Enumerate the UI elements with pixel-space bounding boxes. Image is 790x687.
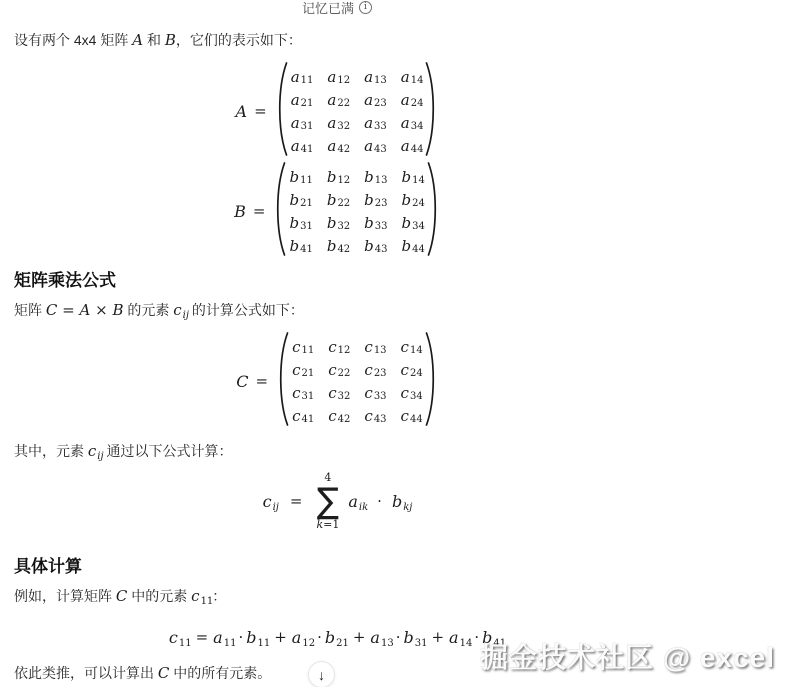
math-var: c21	[292, 358, 313, 381]
math-var: a42	[327, 134, 349, 157]
equals-sign: =	[290, 492, 303, 510]
memory-status-label: 记忆已满	[302, 0, 354, 17]
math-var: c12	[328, 335, 349, 358]
scroll-to-bottom-button[interactable]: ↓	[308, 661, 335, 687]
matrix-c-symbol: C	[236, 372, 248, 391]
math-var: c11	[169, 628, 191, 647]
term-a-sub: ik	[359, 502, 368, 513]
sum-lhs: c ij	[263, 492, 278, 511]
math-var: b21	[325, 628, 348, 647]
math-var: cij	[173, 300, 188, 323]
math-var: c13	[364, 335, 385, 358]
matrix-c-entries: c11c12c13c14c21c22c23c24c31c32c33c34c41c…	[292, 335, 422, 427]
matrix-a-symbol: A	[236, 102, 248, 121]
math-var: c23	[364, 358, 385, 381]
example-paragraph: 例如，计算矩阵 C 中的元素 c11：	[14, 586, 660, 609]
summation-equation: c ij = 4 ∑ k=1 a ik · b kj	[14, 466, 660, 536]
matrix-paren-right-icon	[425, 61, 438, 162]
math-var: b11	[289, 165, 311, 188]
term-a-var: a	[348, 492, 358, 511]
matrix-b-entries: b11b12b13b14b21b22b23b24b31b32b33b34b41b…	[289, 165, 423, 257]
arrow-down-icon: ↓	[318, 668, 325, 682]
math-var: c43	[364, 404, 385, 427]
math-var: c41	[292, 404, 313, 427]
math-var: b42	[327, 234, 349, 257]
math-var: b13	[364, 165, 386, 188]
math-var: c14	[401, 335, 422, 358]
math-var: c32	[328, 381, 349, 404]
sum-term-a: a ik	[348, 492, 367, 511]
intro-paragraph: 设有两个 4x4 矩阵 A 和 B，它们的表示如下：	[14, 30, 660, 50]
info-icon[interactable]: i	[359, 1, 372, 14]
term-b-sub: kj	[403, 502, 412, 513]
matrix-paren-left-icon	[276, 331, 289, 432]
math-var: a34	[401, 111, 423, 134]
math-operator: ·	[396, 628, 401, 646]
math-var: a11	[291, 65, 313, 88]
matrix-b-lhs: B =	[234, 202, 265, 221]
math-var: a13	[370, 628, 392, 647]
math-var: c42	[328, 404, 349, 427]
watermark: 掘金技术社区 @ excel	[480, 636, 775, 676]
matrix-paren-left-icon	[275, 61, 288, 162]
math-var: b44	[402, 234, 424, 257]
formula-intro-paragraph: 矩阵 C = A × B 的元素 cij 的计算公式如下：	[14, 300, 660, 323]
math-operator: ·	[474, 628, 479, 646]
math-var: b32	[327, 211, 349, 234]
math-var: b24	[402, 188, 424, 211]
math-operator: ·	[317, 628, 322, 646]
math-var: a12	[327, 65, 349, 88]
equals-sign: =	[254, 102, 267, 120]
math-var: b11	[246, 628, 269, 647]
math-var: c22	[328, 358, 349, 381]
math-var: c24	[401, 358, 422, 381]
math-var: a11	[213, 628, 235, 647]
math-var: c44	[401, 404, 422, 427]
math-operator: +	[353, 628, 366, 646]
matrix-paren-right-icon	[425, 331, 438, 432]
equals-sign: =	[253, 202, 266, 220]
math-var: c33	[364, 381, 385, 404]
math-var: c11	[292, 335, 313, 358]
math-operator: +	[274, 628, 287, 646]
math-var: b22	[327, 188, 349, 211]
math-var: a33	[364, 111, 386, 134]
matrix-b-symbol: B	[234, 202, 246, 221]
math-var: b23	[364, 188, 386, 211]
matrix-a-equation: A = a11a12a13a14a21a22a23a24a31a32a33a34…	[14, 63, 660, 159]
math-var: a41	[291, 134, 313, 157]
math-var: c34	[401, 381, 422, 404]
matrix-paren-left-icon	[273, 161, 286, 262]
math-var: b12	[327, 165, 349, 188]
matrix-a-entries: a11a12a13a14a21a22a23a24a31a32a33a34a41a…	[291, 65, 423, 157]
math-var: b41	[289, 234, 311, 257]
sum-lhs-var: c	[263, 492, 272, 511]
matrix-c-equation: C = c11c12c13c14c21c22c23c24c31c32c33c34…	[14, 333, 660, 429]
matrix-paren-right-icon	[427, 161, 440, 262]
math-var: cij	[88, 441, 103, 464]
section-heading-multiplication-formula: 矩阵乘法公式	[14, 266, 660, 291]
memory-status-badge: 记忆已满 i	[14, 0, 660, 17]
math-var: a31	[291, 111, 313, 134]
math-var: b31	[403, 628, 426, 647]
matrix-c-lhs: C =	[236, 372, 268, 391]
math-operator: ·	[238, 628, 243, 646]
sigma-symbol: 4 ∑ k=1	[316, 472, 339, 530]
math-var: b33	[364, 211, 386, 234]
math-var: a14	[401, 65, 423, 88]
sum-term-b: b kj	[392, 492, 411, 511]
math-var: b31	[289, 211, 311, 234]
math-var: a43	[364, 134, 386, 157]
matrix-a-lhs: A =	[236, 102, 267, 121]
sum-lhs-sub: ij	[273, 502, 279, 513]
math-var: b21	[289, 188, 311, 211]
math-var: a14	[449, 628, 471, 647]
chat-message-content: 记忆已满 i 设有两个 4x4 矩阵 A 和 B，它们的表示如下： A = a1…	[14, 0, 660, 687]
math-var: a23	[364, 88, 386, 111]
term-b-var: b	[392, 492, 402, 511]
math-var: c11	[191, 586, 212, 609]
element-formula-paragraph: 其中，元素 cij 通过以下公式计算：	[14, 441, 660, 464]
math-var: b43	[364, 234, 386, 257]
math-var: a44	[401, 134, 423, 157]
math-var: a24	[401, 88, 423, 111]
math-var: a13	[364, 65, 386, 88]
math-var: b14	[402, 165, 424, 188]
math-operator: =	[196, 628, 209, 646]
math-var: a22	[327, 88, 349, 111]
matrix-b-equation: B = b11b12b13b14b21b22b23b24b31b32b33b34…	[14, 163, 660, 259]
math-var: a12	[292, 628, 314, 647]
sigma-icon: ∑	[317, 483, 339, 518]
math-var: a32	[327, 111, 349, 134]
dot-operator: ·	[377, 492, 382, 510]
math-var: c31	[292, 381, 313, 404]
math-var: a21	[291, 88, 313, 111]
section-heading-concrete-calculation: 具体计算	[14, 552, 660, 577]
math-var: b34	[402, 211, 424, 234]
equals-sign: =	[256, 372, 269, 390]
math-operator: +	[431, 628, 444, 646]
